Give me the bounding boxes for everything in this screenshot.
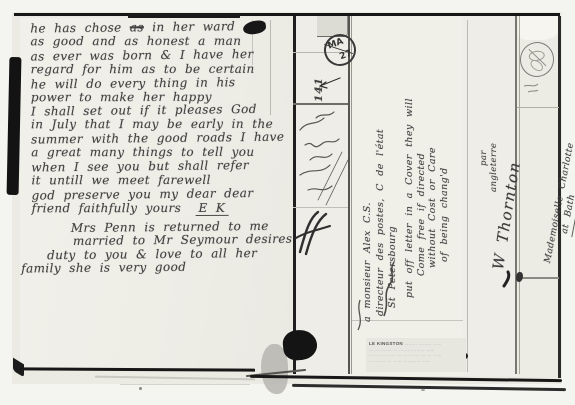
- letter-text: he has chose as in her ward as good and …: [30, 20, 301, 217]
- dust-speck: [139, 387, 142, 390]
- sheet-bottom-edge: [292, 384, 566, 391]
- closing-text: friend faithfully yours: [32, 201, 182, 215]
- note-line: Come free if directed: [416, 30, 428, 276]
- letter-line: as good and as honest a man: [30, 35, 300, 49]
- dust-speck: [421, 389, 425, 391]
- english-note: put off letter in a Cover they will Come…: [404, 30, 450, 298]
- printed-caption-label: LE KINGSTON ……… ……… …… … ………… … ……………… ……: [366, 338, 466, 372]
- label-caption: LE KINGSTON: [369, 341, 403, 346]
- torn-corner: [518, 16, 559, 40]
- letter-closing-line: friend faithfully yours E K: [32, 202, 302, 216]
- route-line: par: [479, 110, 489, 166]
- fold-line: [517, 277, 559, 279]
- address-line: directeur des postes, C de l'état: [375, 30, 388, 316]
- address-line: St Petersbourg: [387, 30, 400, 308]
- fold-line: [293, 103, 348, 105]
- routing-note: par angleterre: [479, 110, 499, 192]
- address-line: a monsieur Alex C.S.: [362, 30, 375, 322]
- postmark-day: 27: [338, 48, 353, 62]
- fold-line: [293, 16, 296, 374]
- label-text: ……… ……… ……: [404, 341, 441, 346]
- struck-word: as: [130, 20, 144, 34]
- photograph-of-manuscript-letter: he has chose as in her ward as good and …: [0, 0, 575, 405]
- note-line: without Cost or Care: [427, 30, 439, 268]
- letter-line: regard for him as to be certain: [31, 62, 301, 76]
- label-line: ………… … …… ………… ……: [369, 358, 463, 364]
- sheet-bottom-edge-faint: [120, 384, 250, 385]
- letter-postscript: Mrs Penn is returned to me married to Mr…: [31, 220, 304, 276]
- stamp-stroke: [528, 58, 545, 74]
- fold-line: [348, 16, 350, 374]
- signature: E K: [195, 201, 228, 216]
- note-line: put off letter in a Cover they will: [404, 30, 416, 298]
- french-address: a monsieur Alex C.S. directeur des poste…: [362, 30, 400, 322]
- docket-number: 141: [313, 70, 325, 102]
- fold-line: [517, 107, 559, 108]
- fold-line: [467, 20, 468, 372]
- route-line: angleterre: [489, 110, 499, 192]
- note-line: of being chang'd: [439, 30, 451, 262]
- letter-line-text: in her ward: [152, 19, 235, 34]
- fold-line: [293, 207, 348, 208]
